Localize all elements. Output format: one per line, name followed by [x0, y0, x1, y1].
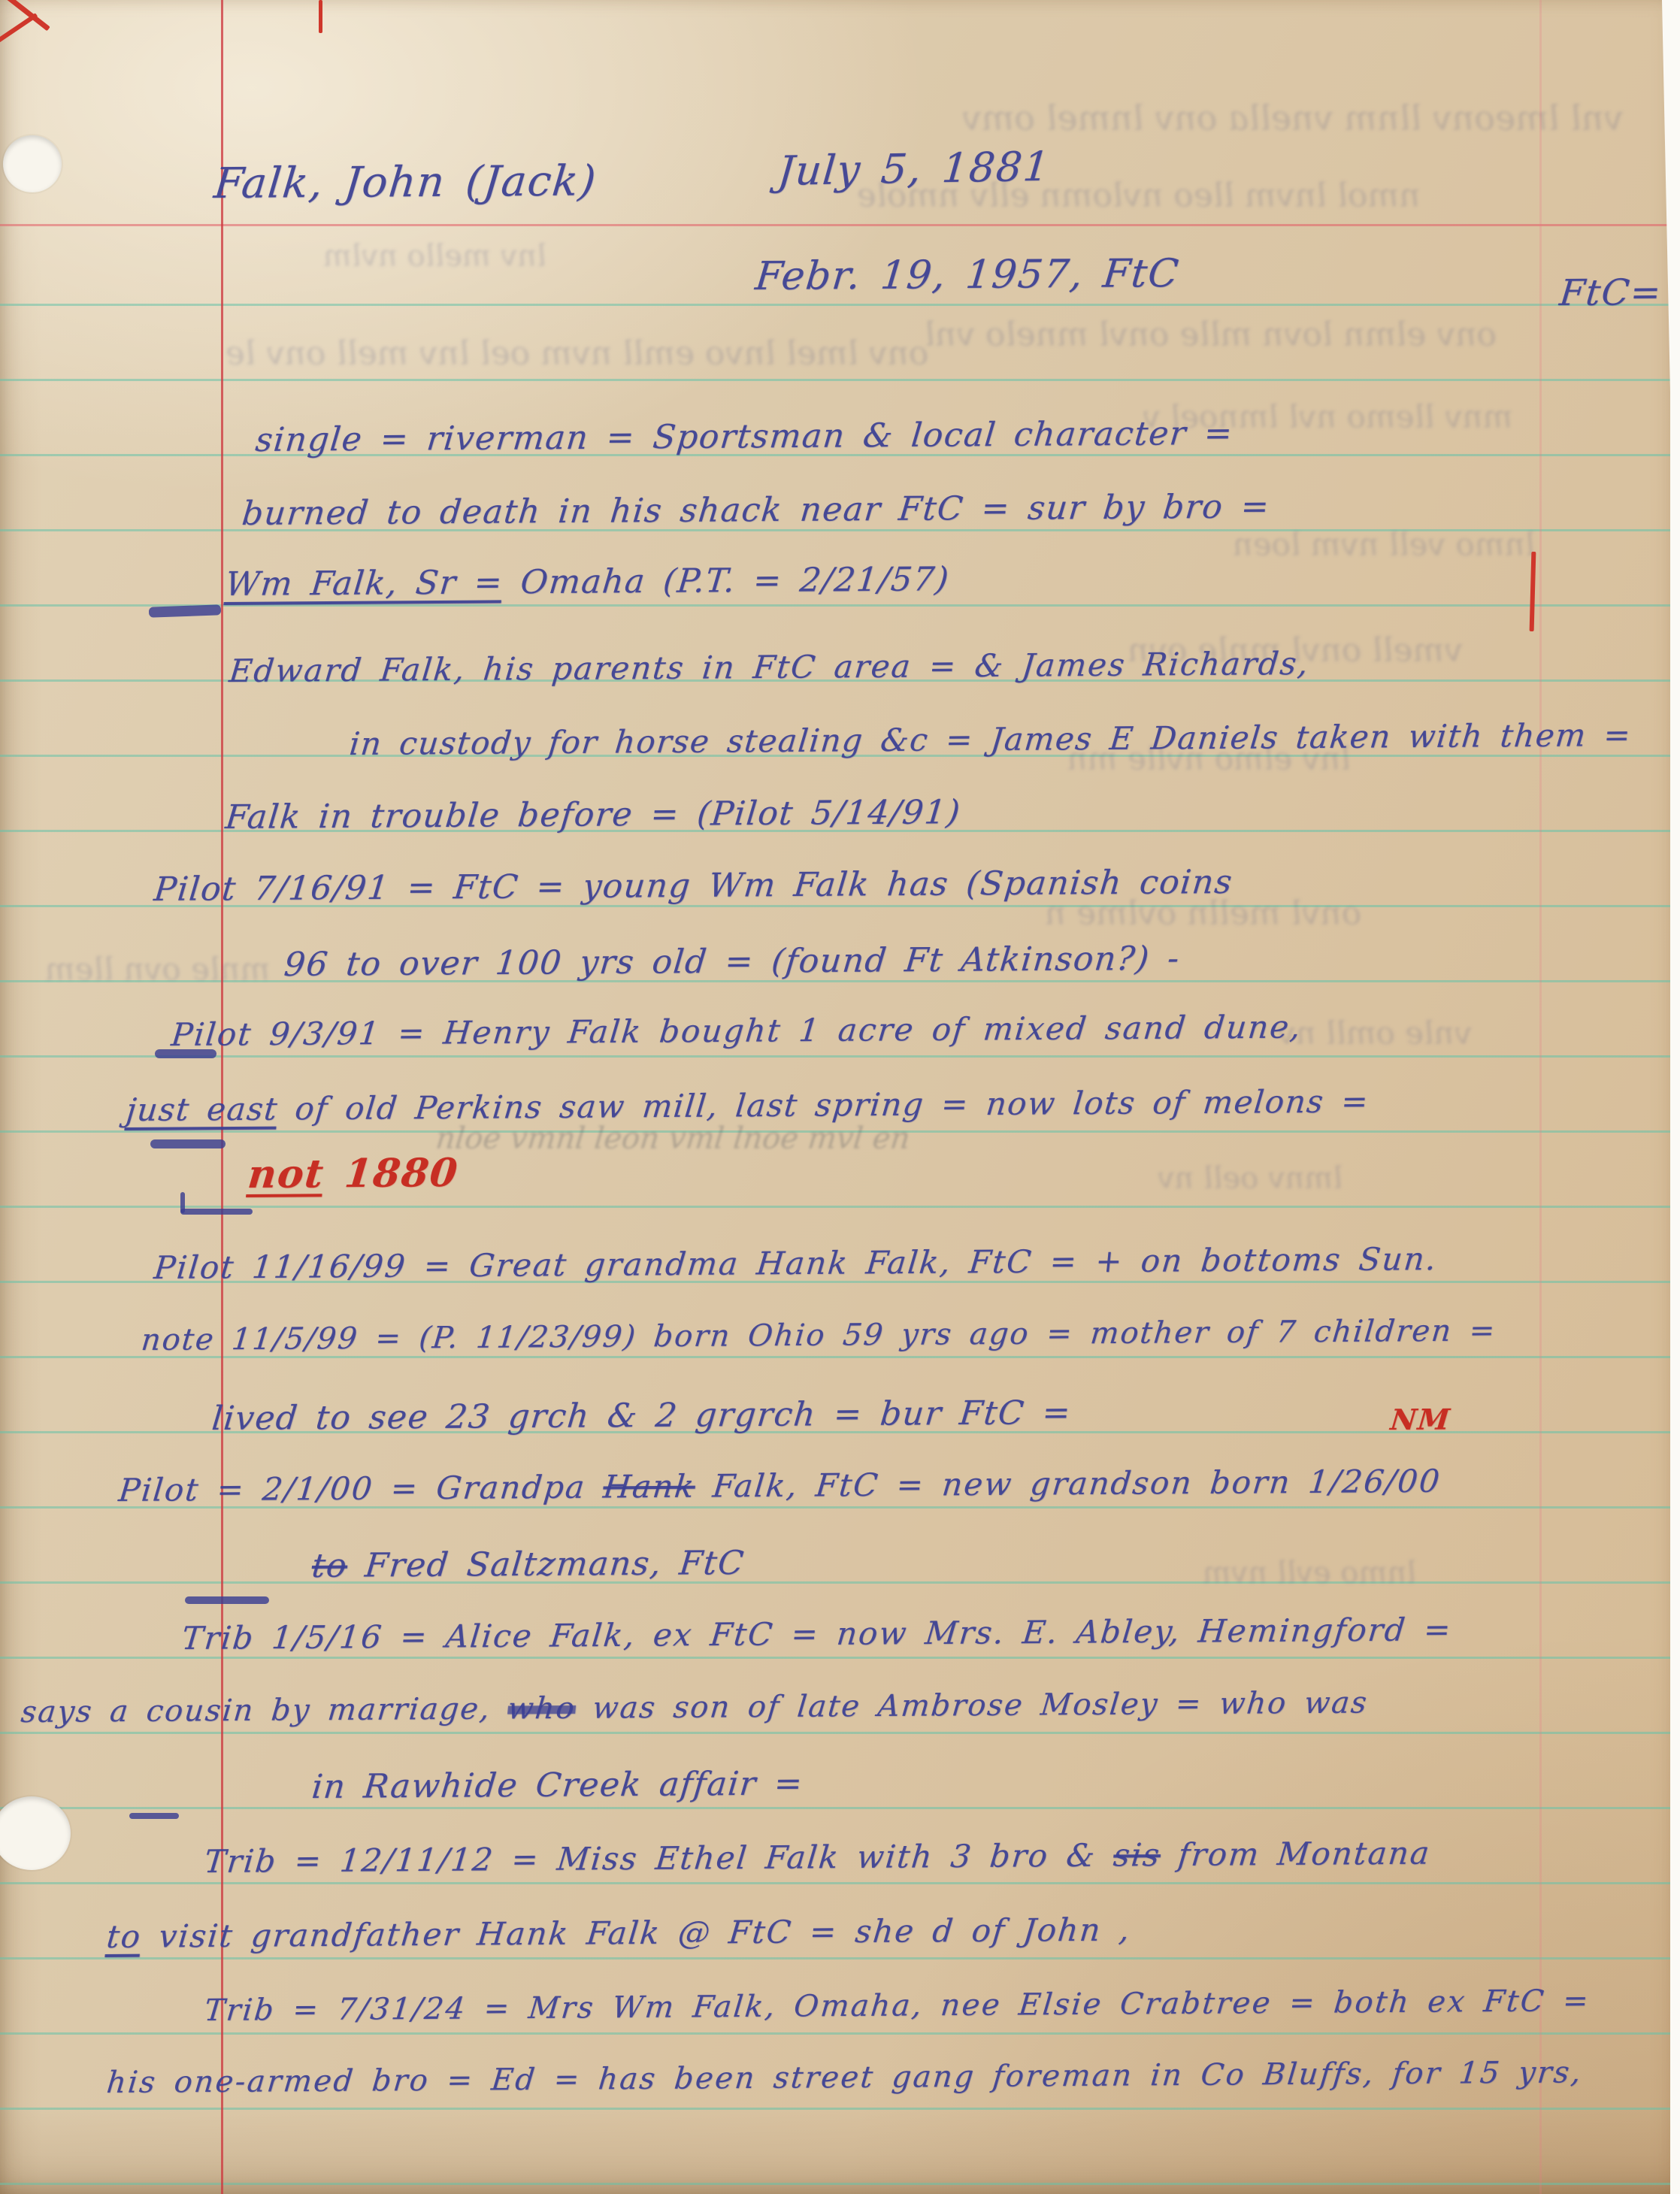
line-post: was son of late Ambrose Mosley = who was — [574, 1686, 1370, 1726]
birth-date: July 5, 1881 — [776, 143, 1052, 195]
note-rest: 1880 — [322, 1150, 460, 1197]
scan-edge — [1670, 0, 1680, 2194]
place-abbrev: FtC= — [1557, 271, 1663, 314]
line-pre: Trib = 12/11/12 = Miss Ethel Falk with 3… — [203, 1837, 1115, 1880]
line-pre: Pilot = 2/1/00 = Grandpa — [117, 1469, 605, 1509]
ghost-bleedthrough-text: vnle omll nv — [1276, 1015, 1474, 1052]
line-post: Fred Saltzmans, FtC — [346, 1544, 746, 1585]
line-post: from Montana — [1159, 1835, 1433, 1874]
underline-hook-mark — [180, 1192, 185, 1213]
handwritten-line: to visit grandfather Hank Falk @ FtC = s… — [105, 1911, 1133, 1955]
ghost-bleedthrough-text: onv lmel lnvo emll nvm oel lnv mell onv … — [223, 334, 931, 373]
bleedthrough-margin-line — [1539, 0, 1542, 2194]
ink-smear-mark — [150, 1139, 226, 1148]
struck-word: sis — [1112, 1836, 1162, 1873]
handwritten-line: Edward Falk, his parents in FtC area = &… — [228, 645, 1312, 689]
handwritten-line: Falk in trouble before = (Pilot 5/14/91) — [223, 793, 962, 837]
line-rest: visit grandfather Hank Falk @ FtC = she … — [140, 1911, 1133, 1954]
ghost-bleedthrough-text: lnmo vell nvm loen — [1230, 526, 1536, 563]
underlined-word: to — [105, 1918, 144, 1955]
scanned-note-page: vnl lmeonv llnm vnella onv lnmel omv nmo… — [0, 0, 1680, 2194]
ghost-bleedthrough-text: lnmo evll nvm — [1201, 1556, 1418, 1590]
struck-word: Hank — [601, 1468, 697, 1506]
handwritten-line: to Fred Saltzmans, FtC — [310, 1544, 746, 1585]
handwritten-line: lived to see 23 grch & 2 grgrch = bur Ft… — [210, 1394, 1073, 1438]
death-date: Febr. 19, 1957, FtC — [753, 251, 1182, 299]
ink-dash-mark — [129, 1813, 179, 1819]
underlined-word: not — [246, 1151, 326, 1197]
line-post: Falk, FtC = new grandson born 1/26/00 — [693, 1463, 1442, 1505]
handwritten-line: Wm Falk, Sr = Omaha (P.T. = 2/21/57) — [223, 560, 951, 604]
red-top-margin-line — [0, 224, 1680, 226]
line-rest: of old Perkins saw mill, last spring = n… — [276, 1082, 1370, 1127]
ink-dash-mark — [185, 1596, 269, 1604]
red-corner-scribble — [0, 0, 50, 31]
entry-name: Falk, John (Jack) — [212, 156, 599, 208]
red-annotation-nm: NM — [1389, 1402, 1452, 1436]
handwritten-line: Pilot 7/16/91 = FtC = young Wm Falk has … — [152, 863, 1234, 909]
red-corner-scribble — [0, 13, 38, 43]
underlined-name: Wm Falk, Sr = — [223, 563, 504, 604]
ghost-bleedthrough-text: lnv mello nvlm — [322, 239, 549, 274]
ghost-bleedthrough-text: vnl lmeonv llnm vnella onv lnmel omv — [960, 98, 1625, 138]
ghost-bleedthrough-text: onv elmn lovn mlle onvl mnelo vnl — [922, 316, 1499, 354]
handwritten-line: 96 to over 100 yrs old = (found Ft Atkin… — [282, 940, 1182, 984]
ghost-bleedthrough-text: mnle ovn llem — [43, 951, 272, 988]
handwritten-line: single = riverman = Sportsman & local ch… — [253, 414, 1234, 459]
line-rest: Omaha (P.T. = 2/21/57) — [501, 560, 952, 601]
handwritten-line: burned to death in his shack near FtC = … — [240, 487, 1271, 533]
scribbled-out-word: who — [506, 1691, 577, 1726]
hole-punch — [3, 135, 62, 192]
red-top-tick-mark — [319, 0, 322, 33]
ghost-bleedthrough-text: lmnv oell nv — [1156, 1161, 1345, 1196]
underlined-words: just east — [125, 1091, 280, 1128]
ink-smear-mark — [155, 1049, 216, 1058]
handwritten-line: in Rawhide Creek affair = — [310, 1764, 804, 1806]
red-correction-note: not 1880 — [246, 1150, 461, 1197]
struck-word: to — [310, 1547, 349, 1585]
ghost-pencil-text: nloe vmnl leon vml lnoe mvl en — [434, 1121, 912, 1156]
line-pre: says a cousin by marriage, — [20, 1691, 510, 1729]
underline-hook-mark — [180, 1209, 253, 1215]
